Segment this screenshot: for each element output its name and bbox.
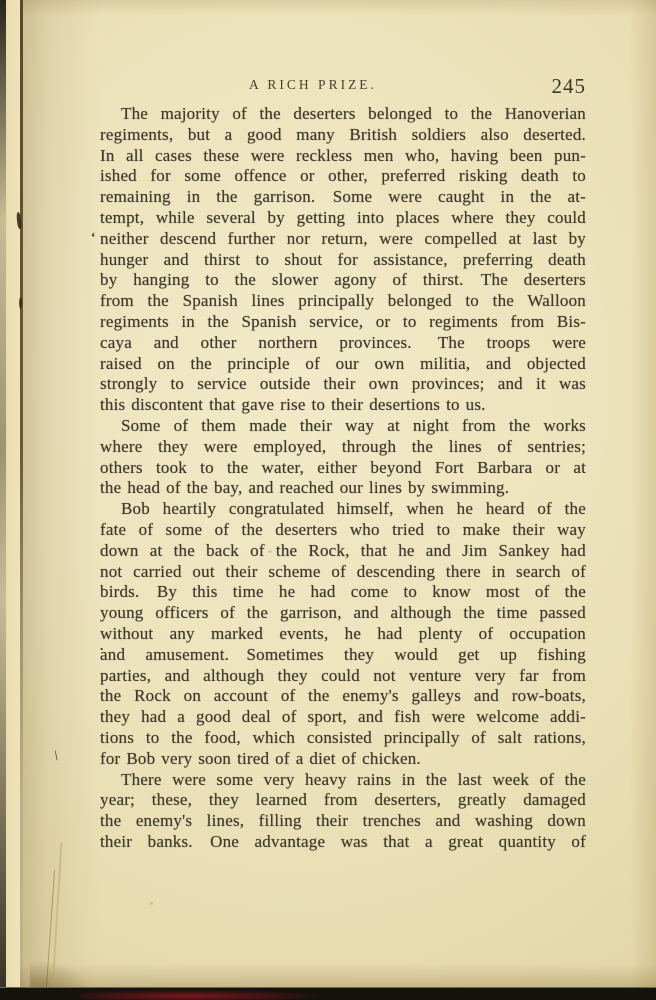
paper-speck xyxy=(268,550,272,553)
text-line: tions to the food, which consisted princ… xyxy=(100,728,586,749)
text-line: the Rock on account of the enemy's galle… xyxy=(100,686,586,707)
paragraph-4: There were some very heavy rains in the … xyxy=(100,770,586,853)
spine-dark-edge xyxy=(0,0,6,1000)
text-line: raised on the principle of our own milit… xyxy=(100,354,586,375)
text-line: The majority of the deserters belonged t… xyxy=(100,104,586,125)
text-line: tempt, while several by getting into pla… xyxy=(100,208,586,229)
binding-crease-line xyxy=(20,0,23,1000)
page-bottom-highlight xyxy=(0,987,656,988)
text-line: ished for some offence or other, preferr… xyxy=(100,166,586,187)
text-line: they had a good deal of sport, and fish … xyxy=(100,707,586,728)
paper-speck xyxy=(236,388,239,390)
text-line: neither descend further nor return, were… xyxy=(100,229,586,250)
margin-ink-mark: ‘ xyxy=(91,229,95,245)
paragraph-3: Bob heartily congratulated himself, when… xyxy=(100,499,586,769)
text-line: others took to the water, either beyond … xyxy=(100,458,586,479)
text-line: Some of them made their way at night fro… xyxy=(100,416,586,437)
text-line: down at the back of the Rock, that he an… xyxy=(100,541,586,562)
text-line: birds. By this time he had come to know … xyxy=(100,582,586,603)
cover-maroon-tint xyxy=(80,990,320,1000)
text-line: In all cases these were reckless men who… xyxy=(100,146,586,167)
text-line: from the Spanish lines principally belon… xyxy=(100,291,586,312)
paper-speck xyxy=(150,902,153,905)
text-line: for Bob very soon tired of a diet of chi… xyxy=(100,749,586,770)
text-line: the enemy's lines, filling their trenche… xyxy=(100,811,586,832)
text-line: young officers of the garrison, and alth… xyxy=(100,603,586,624)
text-line: year; these, they learned from deserters… xyxy=(100,790,586,811)
text-line: without any marked events, he had plenty… xyxy=(100,624,586,645)
margin-ink-mark: . xyxy=(100,638,103,654)
running-title: A RICH PRIZE. xyxy=(100,77,526,93)
text-line: by hanging to the slower agony of thirst… xyxy=(100,270,586,291)
text-line: Bob heartily congratulated himself, when… xyxy=(100,499,586,520)
text-line: this discontent that gave rise to their … xyxy=(100,395,586,416)
book-cover-edge xyxy=(0,987,656,1000)
paragraph-2: Some of them made their way at night fro… xyxy=(100,416,586,499)
text-line: where they were employed, through the li… xyxy=(100,437,586,458)
text-line: the head of the bay, and reached our lin… xyxy=(100,478,586,499)
page-header: A RICH PRIZE. 245 xyxy=(100,74,586,96)
page-corner-shadow xyxy=(30,960,90,990)
text-line: regiments, but a good many British soldi… xyxy=(100,125,586,146)
page-right-edge-shadow xyxy=(630,0,656,1000)
text-line: caya and other northern provinces. The t… xyxy=(100,333,586,354)
binding-ink-mark xyxy=(19,297,22,309)
paper-speck xyxy=(364,844,368,847)
text-line: parties, and although they could not ven… xyxy=(100,666,586,687)
text-line: their banks. One advantage was that a gr… xyxy=(100,832,586,853)
text-line: and amusement. Sometimes they would get … xyxy=(100,645,586,666)
scanned-book-page: A RICH PRIZE. 245 The majority of the de… xyxy=(0,0,656,1000)
text-line: fate of some of the deserters who tried … xyxy=(100,520,586,541)
text-line: regiments in the Spanish service, or to … xyxy=(100,312,586,333)
paragraph-1: The majority of the deserters belonged t… xyxy=(100,104,586,416)
text-line: There were some very heavy rains in the … xyxy=(100,770,586,791)
text-line: not carried out their scheme of descendi… xyxy=(100,562,586,583)
text-line: remaining in the garrison. Some were cau… xyxy=(100,187,586,208)
body-text: The majority of the deserters belonged t… xyxy=(100,104,586,853)
text-line: hunger and thirst to shout for assistanc… xyxy=(100,250,586,271)
page-number: 245 xyxy=(552,74,587,99)
text-line: strongly to service outside their own pr… xyxy=(100,374,586,395)
